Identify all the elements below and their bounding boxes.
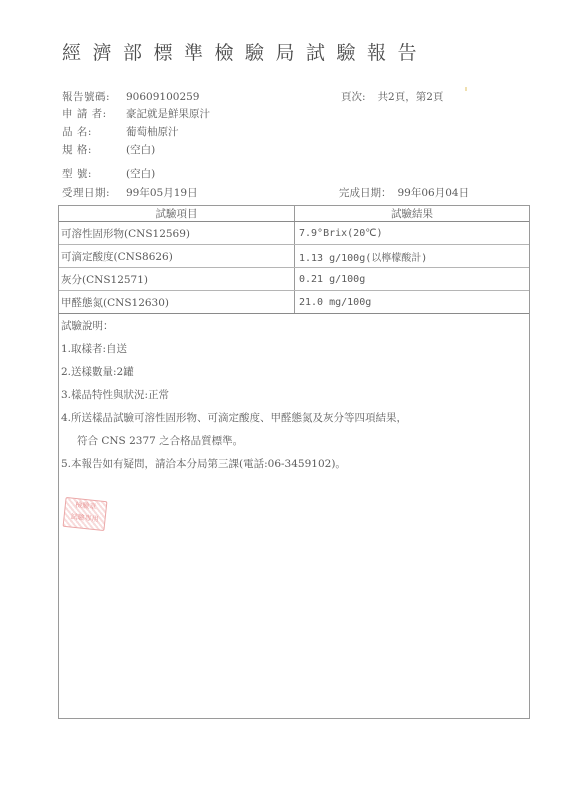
results-table: 試驗項目 試驗結果 可溶性固形物(CNS12569) 7.9°Brix(20℃)…: [59, 206, 529, 314]
spec-row: 規 格:(空白): [62, 142, 155, 157]
received-date-label: 受理日期:: [62, 185, 126, 200]
product-name-label: 品 名:: [62, 124, 126, 139]
note-item: 2.送樣數量:2罐: [61, 365, 407, 388]
test-result: 21.0 mg/100g: [295, 291, 530, 314]
note-item: 1.取樣者:自送: [61, 342, 407, 365]
note-item: 3.樣品特性與狀況:正常: [61, 388, 407, 411]
model-value: (空白): [126, 168, 155, 180]
results-box: 試驗項目 試驗結果 可溶性固形物(CNS12569) 7.9°Brix(20℃)…: [58, 205, 530, 719]
column-header-result: 試驗結果: [295, 206, 530, 222]
test-item: 可滴定酸度(CNS8626): [59, 245, 295, 268]
test-result: 1.13 g/100g(以檸檬酸計): [295, 245, 530, 268]
table-row: 甲醛態氮(CNS12630) 21.0 mg/100g: [59, 291, 529, 314]
test-result: 0.21 g/100g: [295, 268, 530, 291]
product-name-row: 品 名:葡萄柚原汁: [62, 124, 179, 139]
official-seal-stamp: 檢驗章 試驗專用: [63, 497, 108, 531]
note-item: 5.本報告如有疑問，請洽本分局第三課(電話:06-3459102)。: [61, 457, 407, 480]
table-row: 可溶性固形物(CNS12569) 7.9°Brix(20℃): [59, 222, 529, 245]
test-result: 7.9°Brix(20℃): [295, 222, 530, 245]
product-name-value: 葡萄柚原汁: [126, 126, 179, 138]
page-indicator: 頁次:共2頁，第2頁: [341, 89, 443, 104]
model-row: 型 號:(空白): [62, 166, 155, 181]
spec-value: (空白): [126, 144, 155, 156]
table-row: 可滴定酸度(CNS8626) 1.13 g/100g(以檸檬酸計): [59, 245, 529, 268]
table-header-row: 試驗項目 試驗結果: [59, 206, 529, 222]
completed-date-row: 完成日期：99年06月04日: [339, 185, 469, 200]
received-date-value: 99年05月19日: [126, 187, 198, 199]
notes-heading: 試驗說明：: [61, 319, 407, 342]
spec-label: 規 格:: [62, 142, 126, 157]
test-item: 可溶性固形物(CNS12569): [59, 222, 295, 245]
table-row: 灰分(CNS12571) 0.21 g/100g: [59, 268, 529, 291]
note-item-continuation: 符合 CNS 2377 之合格品質標準。: [61, 434, 407, 457]
page-label: 頁次:: [341, 91, 366, 103]
test-item: 甲醛態氮(CNS12630): [59, 291, 295, 314]
report-title: 經濟部標準檢驗局試驗報告: [62, 38, 428, 65]
applicant-label: 申 請 者:: [62, 106, 126, 121]
received-date-row: 受理日期:99年05月19日: [62, 185, 198, 200]
mark-icon: [465, 87, 467, 91]
page-value: 共2頁，第2頁: [378, 91, 444, 103]
column-header-item: 試驗項目: [59, 206, 295, 222]
applicant-row: 申 請 者:豪記就是鮮果原汁: [62, 106, 210, 121]
applicant-value: 豪記就是鮮果原汁: [126, 108, 210, 120]
model-label: 型 號:: [62, 166, 126, 181]
report-number-row: 報告號碼:90609100259: [62, 89, 200, 104]
report-number-label: 報告號碼:: [62, 89, 126, 104]
test-notes: 試驗說明： 1.取樣者:自送 2.送樣數量:2罐 3.樣品特性與狀況:正常 4.…: [61, 319, 407, 480]
completed-date-value: 99年06月04日: [398, 187, 470, 199]
test-item: 灰分(CNS12571): [59, 268, 295, 291]
note-item: 4.所送樣品試驗可溶性固形物、可滴定酸度、甲醛態氮及灰分等四項結果，: [61, 411, 407, 434]
report-number-value: 90609100259: [126, 91, 200, 103]
completed-date-label: 完成日期：: [339, 187, 392, 199]
